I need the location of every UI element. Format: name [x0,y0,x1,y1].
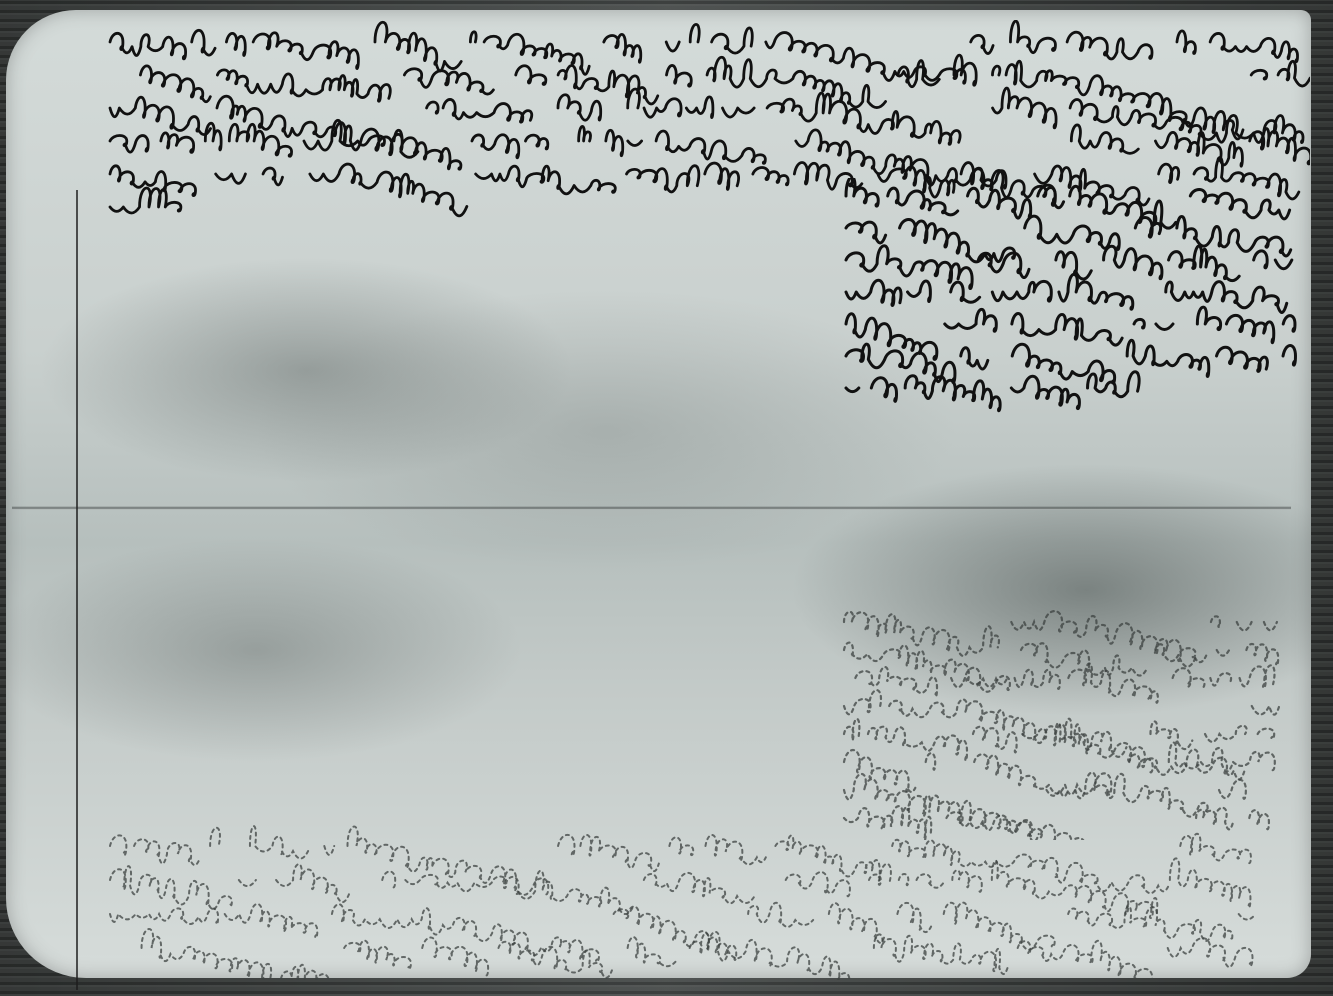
handwriting-faded-right [840,600,1300,840]
center-fold [12,506,1291,510]
handwriting-right-note [840,178,1310,418]
handwriting-faded-bottom [90,820,1270,980]
faded-bottom-block: Bottom faded text (~4 lines) [90,820,1270,980]
faded-right-block: Right column faded note (~8 lines) [840,600,1300,840]
right-note-block: Right column note (7 lines) [840,178,1310,418]
margin-line [76,190,78,990]
